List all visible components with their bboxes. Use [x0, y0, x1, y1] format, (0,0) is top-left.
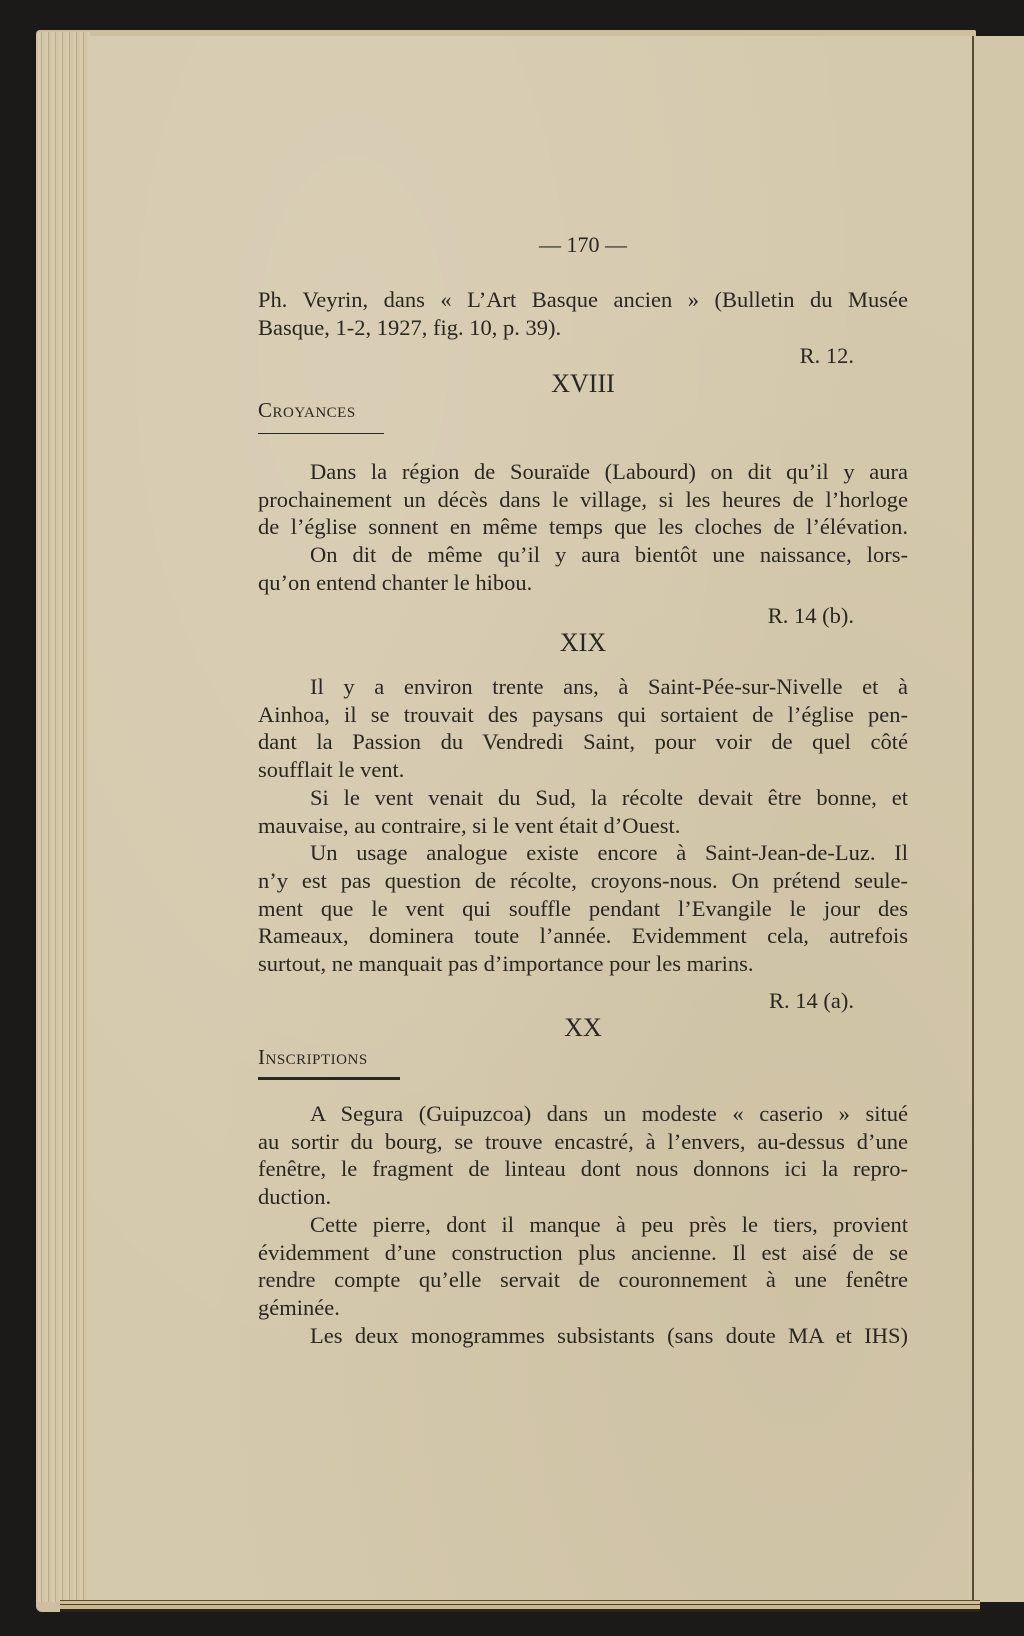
text-line: prochainement un décès dans le village, …: [258, 486, 908, 514]
section-heading-croyances: Croyances: [258, 398, 356, 423]
text-line: soufflait le vent.: [258, 756, 908, 784]
reference-r14a: R. 14 (a).: [769, 988, 854, 1014]
text-line: n’y est pas question de récolte, croyons…: [258, 867, 908, 895]
intro-citation: Ph. Veyrin, dans « L’Art Basque ancien »…: [258, 286, 908, 341]
text-line: évidemment d’une construction plus ancie…: [258, 1239, 908, 1267]
text-line: qu’on entend chanter le hibou.: [258, 569, 908, 597]
text-line: fenêtre, le fragment de linteau dont nou…: [258, 1155, 908, 1183]
heading-underline: [258, 1077, 400, 1080]
reference-r14b: R. 14 (b).: [768, 603, 854, 629]
text-line: de l’église sonnent en même temps que le…: [258, 513, 908, 541]
text-line: On dit de même qu’il y aura bientôt une …: [258, 541, 908, 569]
text-line: Il y a environ trente ans, à Saint-Pée-s…: [258, 673, 908, 701]
section-heading-inscriptions: Inscriptions: [258, 1045, 368, 1070]
paragraph: Il y a environ trente ans, à Saint-Pée-s…: [258, 673, 908, 978]
section-numeral-xx: XX: [258, 1013, 908, 1043]
text-line: Cette pierre, dont il manque à peu près …: [258, 1211, 908, 1239]
page-bottom-edge: [60, 1600, 980, 1612]
text-line: Si le vent venait du Sud, la récolte dev…: [258, 784, 908, 812]
text-line: au sortir du bourg, se trouve encastré, …: [258, 1128, 908, 1156]
heading-underline: [258, 433, 384, 434]
reference-r12: R. 12.: [800, 343, 854, 369]
text-line: rendre compte qu’elle servait de couronn…: [258, 1266, 908, 1294]
text-line: A Segura (Guipuzcoa) dans un modeste « c…: [258, 1100, 908, 1128]
page-edges: [38, 32, 90, 1602]
paragraph: A Segura (Guipuzcoa) dans un modeste « c…: [258, 1100, 908, 1349]
facing-page-edge: [974, 36, 1024, 1602]
text-line: Un usage analogue existe encore à Saint-…: [258, 839, 908, 867]
paragraph: Dans la région de Souraïde (Labourd) on …: [258, 458, 908, 597]
text-line: Ainhoa, il se trouvait des paysans qui s…: [258, 701, 908, 729]
text-line: Les deux monogrammes subsistants (sans d…: [258, 1322, 908, 1350]
text-line: mauvaise, au contraire, si le vent était…: [258, 812, 908, 840]
text-line: dant la Passion du Vendredi Saint, pour …: [258, 728, 908, 756]
page-number: — 170 —: [258, 232, 908, 258]
section-numeral-xix: XIX: [258, 628, 908, 658]
section-numeral-xviii: XVIII: [258, 369, 908, 399]
text-line: Dans la région de Souraïde (Labourd) on …: [258, 458, 908, 486]
text-line: Rameaux, dominera toute l’année. Evidemm…: [258, 922, 908, 950]
text-line: Basque, 1-2, 1927, fig. 10, p. 39).: [258, 314, 908, 342]
text-line: duction.: [258, 1183, 908, 1211]
text-line: ment que le vent qui souffle pendant l’E…: [258, 895, 908, 923]
text-line: Ph. Veyrin, dans « L’Art Basque ancien »…: [258, 286, 908, 314]
text-line: géminée.: [258, 1294, 908, 1322]
text-line: surtout, ne manquait pas d’importance po…: [258, 950, 908, 978]
